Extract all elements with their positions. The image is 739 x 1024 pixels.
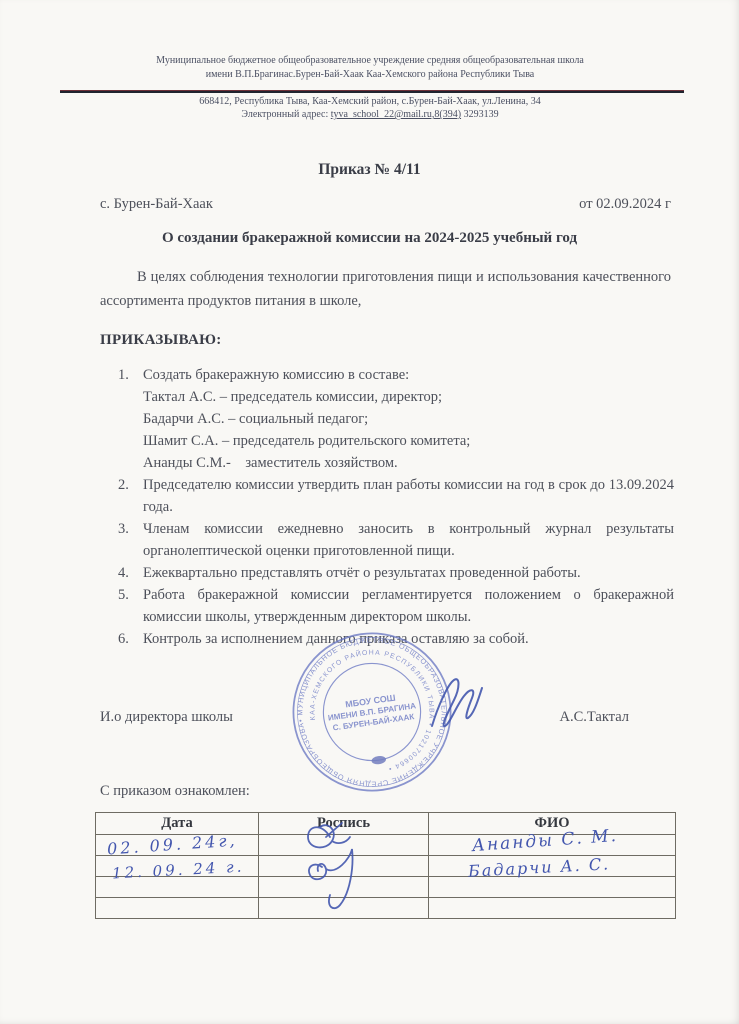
order-preamble: В целях соблюдения технологии приготовле… <box>100 266 671 313</box>
commission-member: Ананды С.М.- заместитель хозяйством. <box>143 452 674 474</box>
item-text: Работа бракеражной комиссии регламентиру… <box>143 584 674 628</box>
commission-member: Шамит С.А. – председатель родительского … <box>143 430 674 452</box>
commission-member: Тактал А.С. – председатель комиссии, дир… <box>143 386 674 408</box>
org-name-line1: Муниципальное бюджетное общеобразователь… <box>70 54 670 68</box>
item-text: Членам комиссии ежедневно заносить в кон… <box>143 518 674 562</box>
item-text: Председателю комиссии утвердить план раб… <box>143 474 674 518</box>
order-date: от 02.09.2024 г <box>579 196 671 213</box>
item-number: 5. <box>118 584 143 628</box>
place-date-row: с. Бурен-Бай-Хаак от 02.09.2024 г <box>100 196 671 213</box>
item-1-lead: Создать бракеражную комиссию в составе: <box>143 367 409 383</box>
letterhead-divider <box>60 90 684 93</box>
order-item-5: 5. Работа бракеражной комиссии регламент… <box>118 584 674 628</box>
item-number: 6. <box>118 628 143 650</box>
item-number: 3. <box>118 518 143 562</box>
commission-member: Бадарчи А.С. – социальный педагог; <box>143 408 674 430</box>
scanned-order-document: Муниципальное бюджетное общеобразователь… <box>0 0 739 1024</box>
item-number: 1. <box>118 364 143 474</box>
decree-word: ПРИКАЗЫВАЮ: <box>100 332 222 349</box>
stamp-emblem <box>371 755 387 765</box>
item-text: Ежеквартально представлять отчёт о резул… <box>143 562 674 584</box>
email-label: Электронный адрес: <box>241 109 330 120</box>
order-item-2: 2. Председателю комиссии утвердить план … <box>118 474 674 518</box>
org-address: 668412, Республика Тыва, Каа-Хемский рай… <box>70 95 670 108</box>
order-items: 1. Создать бракеражную комиссию в состав… <box>118 364 674 650</box>
director-signature <box>418 668 496 746</box>
item-number: 4. <box>118 562 143 584</box>
signer-role: И.о директора школы <box>100 709 233 726</box>
email-link[interactable]: tyva_school_22@mail.ru,8(394) <box>331 109 461 120</box>
order-item-4: 4. Ежеквартально представлять отчёт о ре… <box>118 562 674 584</box>
order-place: с. Бурен-Бай-Хаак <box>100 196 213 213</box>
org-contact-line: Электронный адрес: tyva_school_22@mail.r… <box>70 108 670 121</box>
phone-number: 3293139 <box>461 109 499 120</box>
table-row <box>96 898 676 919</box>
order-item-3: 3. Членам комиссии ежедневно заносить в … <box>118 518 674 562</box>
table-row <box>96 877 676 898</box>
org-name-line2: имени В.П.Брагинас.Бурен-Бай-Хаак Каа-Хе… <box>70 68 670 82</box>
ack-label: С приказом ознакомлен: <box>100 783 250 800</box>
order-item-1: 1. Создать бракеражную комиссию в состав… <box>118 364 674 474</box>
item-number: 2. <box>118 474 143 518</box>
table-signature-1 <box>296 815 376 915</box>
signature-row: И.о директора школы А.С.Тактал <box>100 709 671 726</box>
item-text: Создать бракеражную комиссию в составе: … <box>143 364 674 474</box>
order-subject: О создании бракеражной комиссии на 2024-… <box>0 230 739 247</box>
signer-name: А.С.Тактал <box>560 709 672 726</box>
order-title: Приказ № 4/11 <box>0 161 739 179</box>
